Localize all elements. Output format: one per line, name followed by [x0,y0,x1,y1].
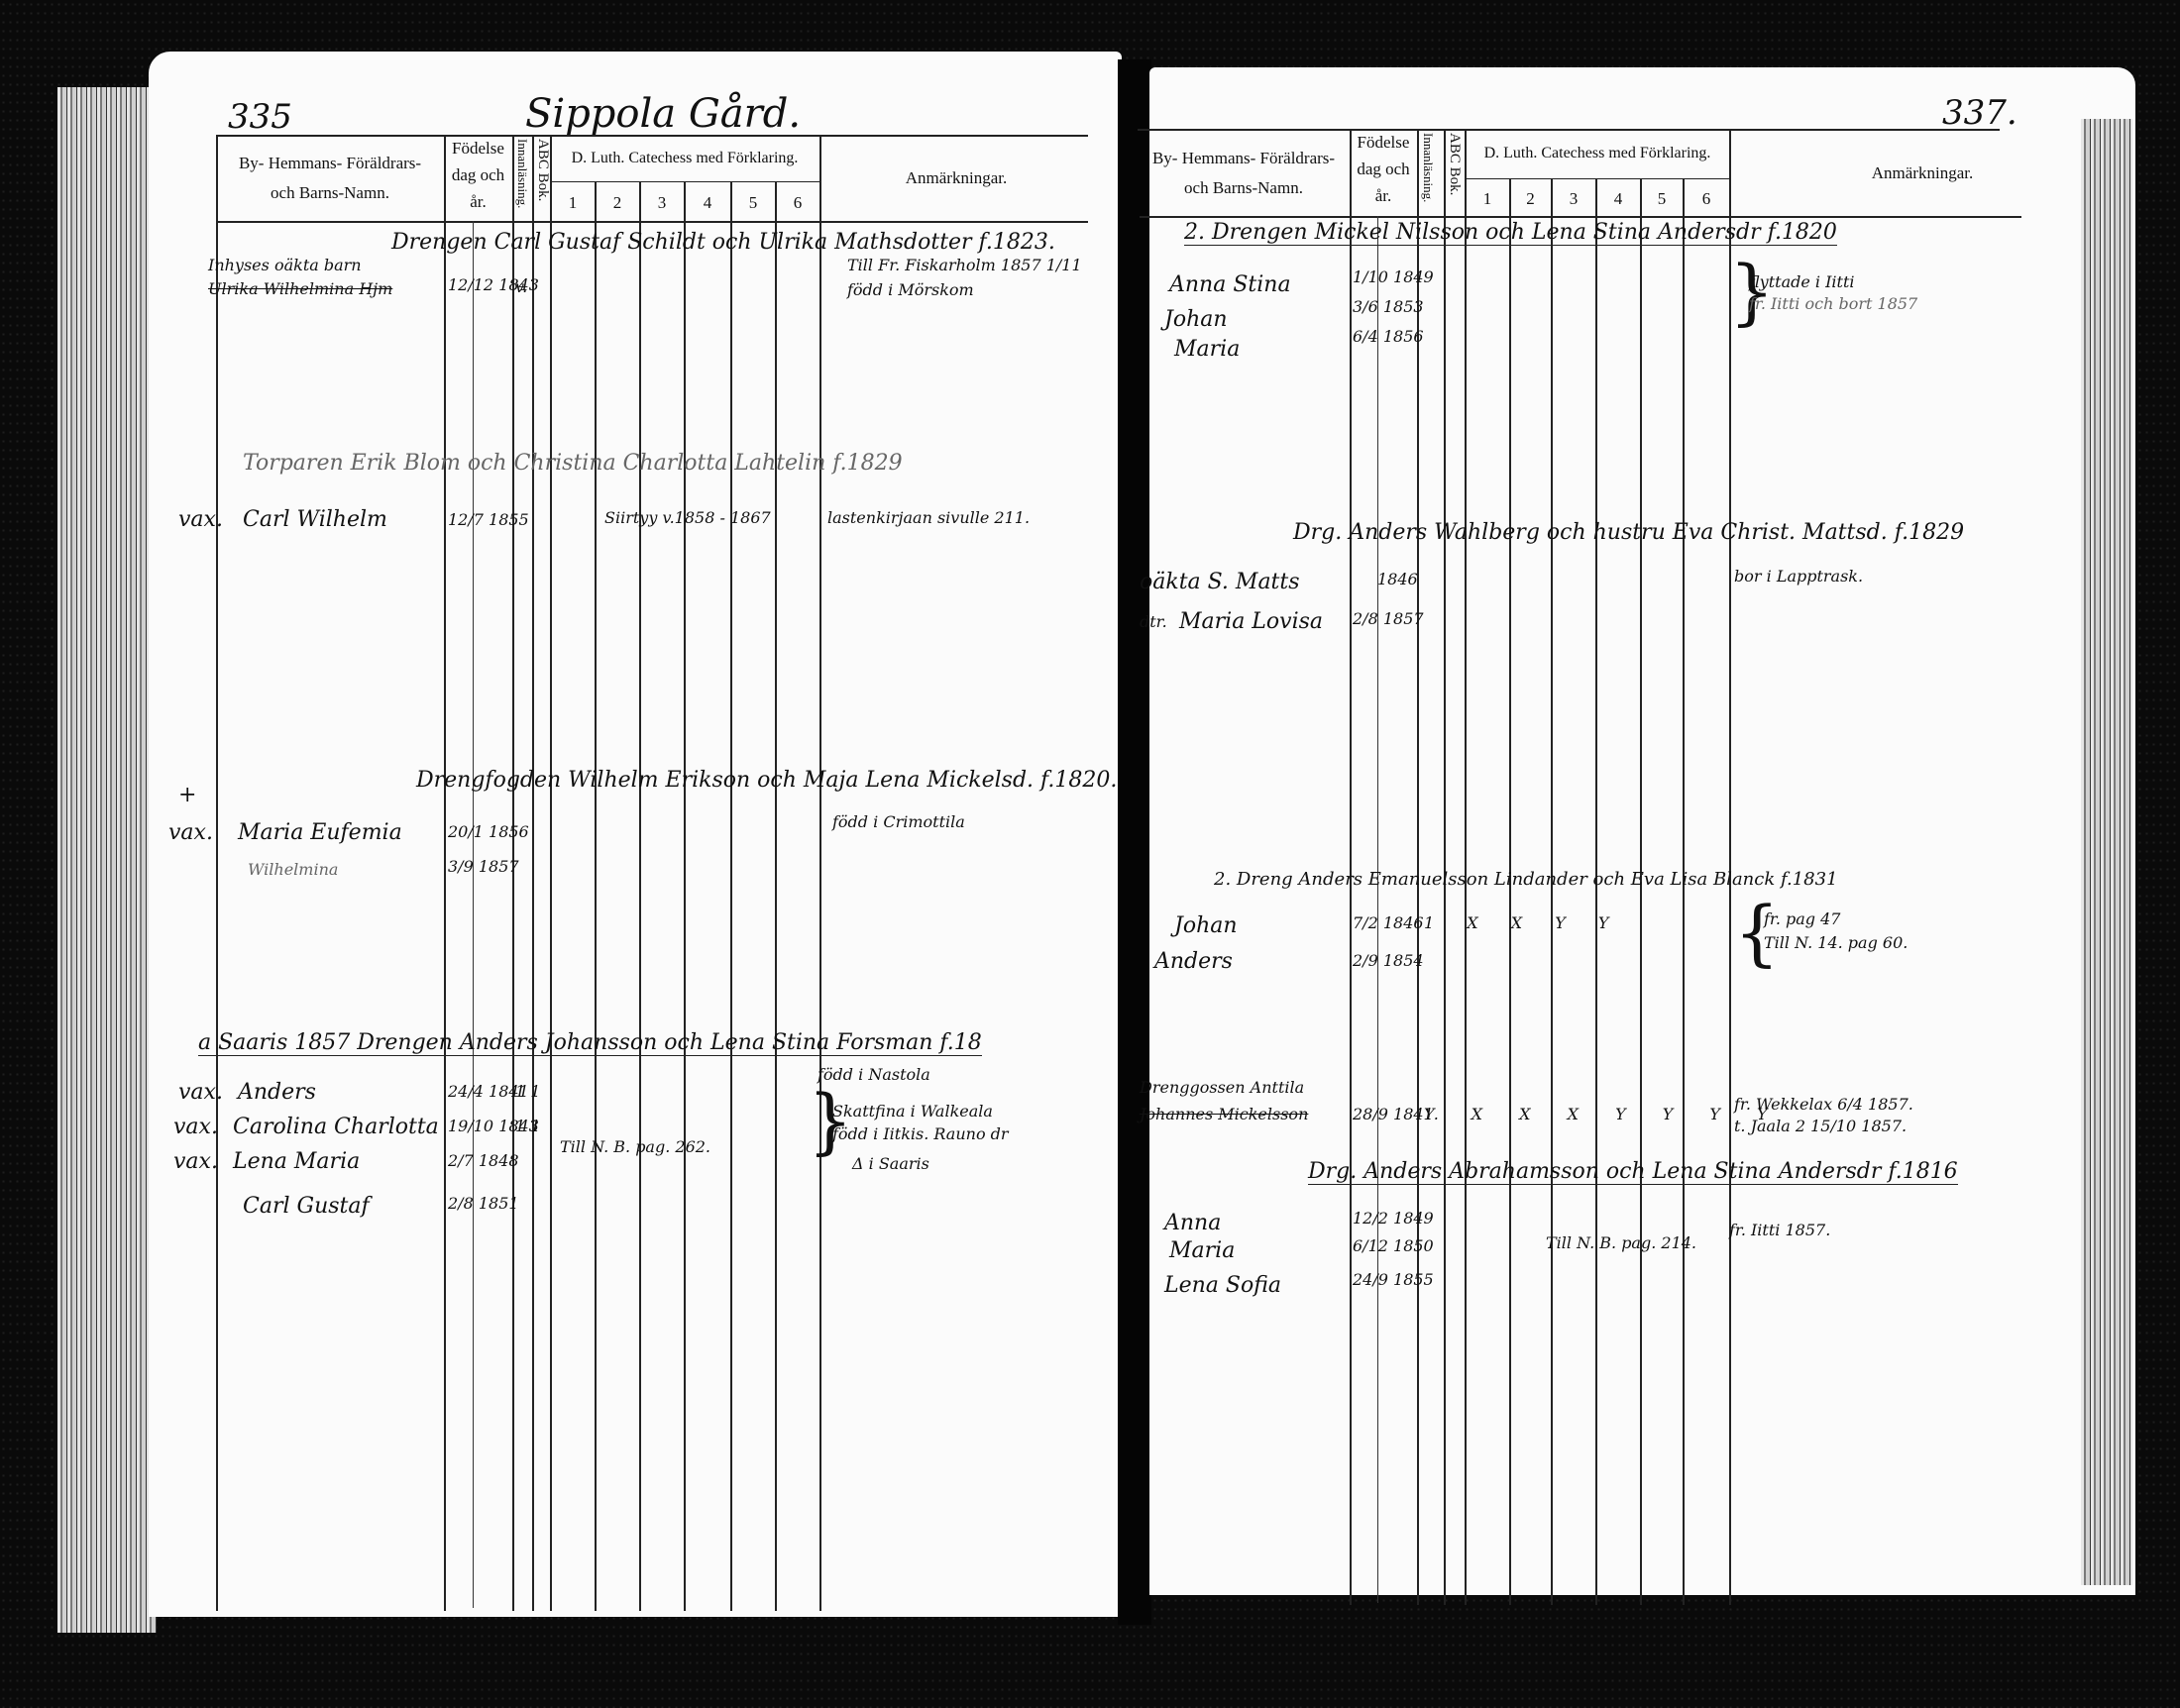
remark-line: fr. pag 47 [1764,909,1840,928]
remark-line: Δ i Saaris [852,1154,929,1173]
member-name: Maria [1169,1238,1235,1263]
member-prefix: vax. [173,1149,218,1174]
catechism-note: Siirtyy v.1858 - 1867 [604,508,771,527]
remark-line: flyttade i Iitti [1749,272,1855,291]
member-name: Ulrika Wilhelmina Hjm [208,279,392,298]
catechism-subcol-4: 4 [1596,184,1640,214]
brace-icon: } [808,1085,853,1156]
right-page [1149,67,2135,1595]
birth-date: 12/2 1849 [1353,1209,1434,1228]
member-name: Johannes Mickelsson [1140,1105,1308,1123]
catechism-subcol-6: 6 [1684,184,1729,214]
remark-line: bor i Lapptrask. [1734,567,1863,586]
birth-date: 1846 [1377,570,1418,588]
catechism-subcol-3: 3 [640,188,684,218]
header-birth-col: Födelse dag och år. [1351,129,1416,209]
remark-line: fr. Iitti och bort 1857 [1749,294,1917,313]
header-remarks-col: Anmärkningar. [822,163,1090,193]
header-catechism-col: D. Luth. Catechess med Förklaring. [551,144,818,173]
catechism-note: Till N. B. pag. 262. [560,1137,710,1156]
remark-line: född i Crimottila [832,812,965,831]
catechism-subcol-5: 5 [731,188,775,218]
catechism-subcol-5: 5 [1641,184,1683,214]
header-remarks-col: Anmärkningar. [1744,159,2101,188]
book-gutter [1118,59,1151,1625]
household-line: a Saaris 1857 Drengen Anders Johansson o… [198,1030,982,1056]
header-abc-col: ABC Bok. [534,139,551,201]
left-page-number: 335 [228,97,292,137]
member-prefix: vax. [178,1080,223,1105]
entry-marker: + [178,783,196,807]
member-name: Anders [1154,949,1233,974]
catechism-subcol-2: 2 [1510,184,1551,214]
household-line: Drenggossen Anttila [1140,1078,1304,1097]
header-names-col: By- Hemmans- Föräldrars- och Barns-Namn. [218,149,442,208]
remark-line: Skattfina i Walkeala [832,1102,993,1121]
catechism-marks: 1 1 [515,1082,540,1101]
birth-date: 3/9 1857 [448,857,519,876]
household-line: Torparen Erik Blom och Christina Charlot… [243,451,903,476]
household-line: Drengen Carl Gustaf Schildt och Ulrika M… [391,230,1055,255]
member-name: Anders [238,1080,316,1105]
member-name: Johan [1174,913,1238,938]
brace-icon: { [1734,897,1780,968]
remark-line: fr. Wekkelax 6/4 1857. [1734,1095,1913,1114]
header-names-col: By- Hemmans- Föräldrars- och Barns-Namn. [1140,144,1348,203]
member-name: Carolina Charlotta [233,1115,439,1139]
remark-line: t. Jaala 2 15/10 1857. [1734,1117,1907,1135]
household-line: Drg. Anders Wahlberg och hustru Eva Chri… [1293,520,1964,545]
birth-date: 2/9 1854 [1353,951,1424,970]
birth-date: 6/12 1850 [1353,1236,1434,1255]
right-page-number: 337. [1942,93,2017,133]
member-prefix: dtr. [1140,612,1167,631]
birth-date: 7/2 1846 [1353,913,1424,932]
remark-line: lastenkirjaan sivulle 211. [827,508,1030,527]
household-line: 2. Dreng Anders Emanuelsson Lindander oc… [1214,869,1838,890]
member-name: Maria Lovisa [1179,609,1323,634]
catechism-subcol-6: 6 [776,188,819,218]
remark-line: Till N. 14. pag 60. [1764,933,1907,952]
birth-date: 2/8 1851 [448,1194,519,1213]
household-line: Drg. Anders Abrahamsson och Lena Stina A… [1308,1159,1958,1185]
remark-line: född i Mörskom [847,280,974,299]
member-name: Maria Eufemia [238,820,402,845]
catechism-subcol-2: 2 [596,188,639,218]
birth-date: 20/1 1856 [448,822,529,841]
catechism-subcol-4: 4 [685,188,730,218]
member-name: oäkta S. Matts [1140,570,1300,594]
right-page-stack-edge [2081,119,2132,1585]
member-name: Wilhelmina [248,860,338,879]
header-abc-col: ABC Bok. [1446,133,1463,195]
farm-title: Sippola Gård. [525,91,801,137]
header-innan-col: Innanläsning. [1420,133,1436,202]
birth-date: 2/8 1857 [1353,609,1424,628]
header-catechism-col: D. Luth. Catechess med Förklaring. [1466,139,1729,168]
remark-line: Till Fr. Fiskarholm 1857 1/11 [847,256,1082,274]
catechism-marks: 1 X X Y Y [1424,913,1622,932]
member-name: Lena Maria [233,1149,360,1174]
member-name: Anna Stina [1169,272,1291,297]
member-name: Johan [1164,307,1228,332]
member-name: Inhyses oäkta barn [208,256,362,274]
brace-icon: } [1729,256,1775,327]
birth-date: 24/9 1855 [1353,1270,1434,1289]
catechism-subcol-3: 3 [1552,184,1595,214]
header-innan-col: Innanläsning. [514,139,530,208]
birth-date: 3/6 1853 [1353,297,1424,316]
birth-date: 6/4 1856 [1353,327,1424,346]
catechism-note: Till N. B. pag. 214. [1546,1233,1696,1252]
remark-line: född i Iitkis. Rauno dr [832,1124,1009,1143]
header-birth-col: Födelse dag och år. [445,135,511,215]
member-prefix: vax. [168,820,213,845]
household-line: 2. Drengen Mickel Nilsson och Lena Stina… [1184,220,1837,246]
member-prefix: vax. [178,507,223,532]
member-name: Carl Gustaf [243,1194,370,1219]
birth-date: 2/7 1848 [448,1151,519,1170]
member-name: Maria [1174,337,1240,362]
catechism-subcol-1: 1 [551,188,595,218]
member-name: Anna [1164,1211,1221,1235]
innan-mark: v. [515,277,527,296]
member-name: Lena Sofia [1164,1273,1281,1298]
member-prefix: vax. [173,1115,218,1139]
catechism-subcol-1: 1 [1466,184,1509,214]
left-page-stack-edge [57,87,157,1633]
member-name: Carl Wilhelm [243,507,387,532]
household-line: Drengfogden Wilhelm Erikson och Maja Len… [416,768,1117,793]
catechism-marks: Y X X X Y Y Y Y [1424,1105,1784,1123]
birth-date: 1/10 1849 [1353,267,1434,286]
remark-line: fr. Iitti 1857. [1729,1221,1830,1239]
birth-date: 12/7 1855 [448,510,529,529]
catechism-marks: 1 1 [515,1117,540,1135]
